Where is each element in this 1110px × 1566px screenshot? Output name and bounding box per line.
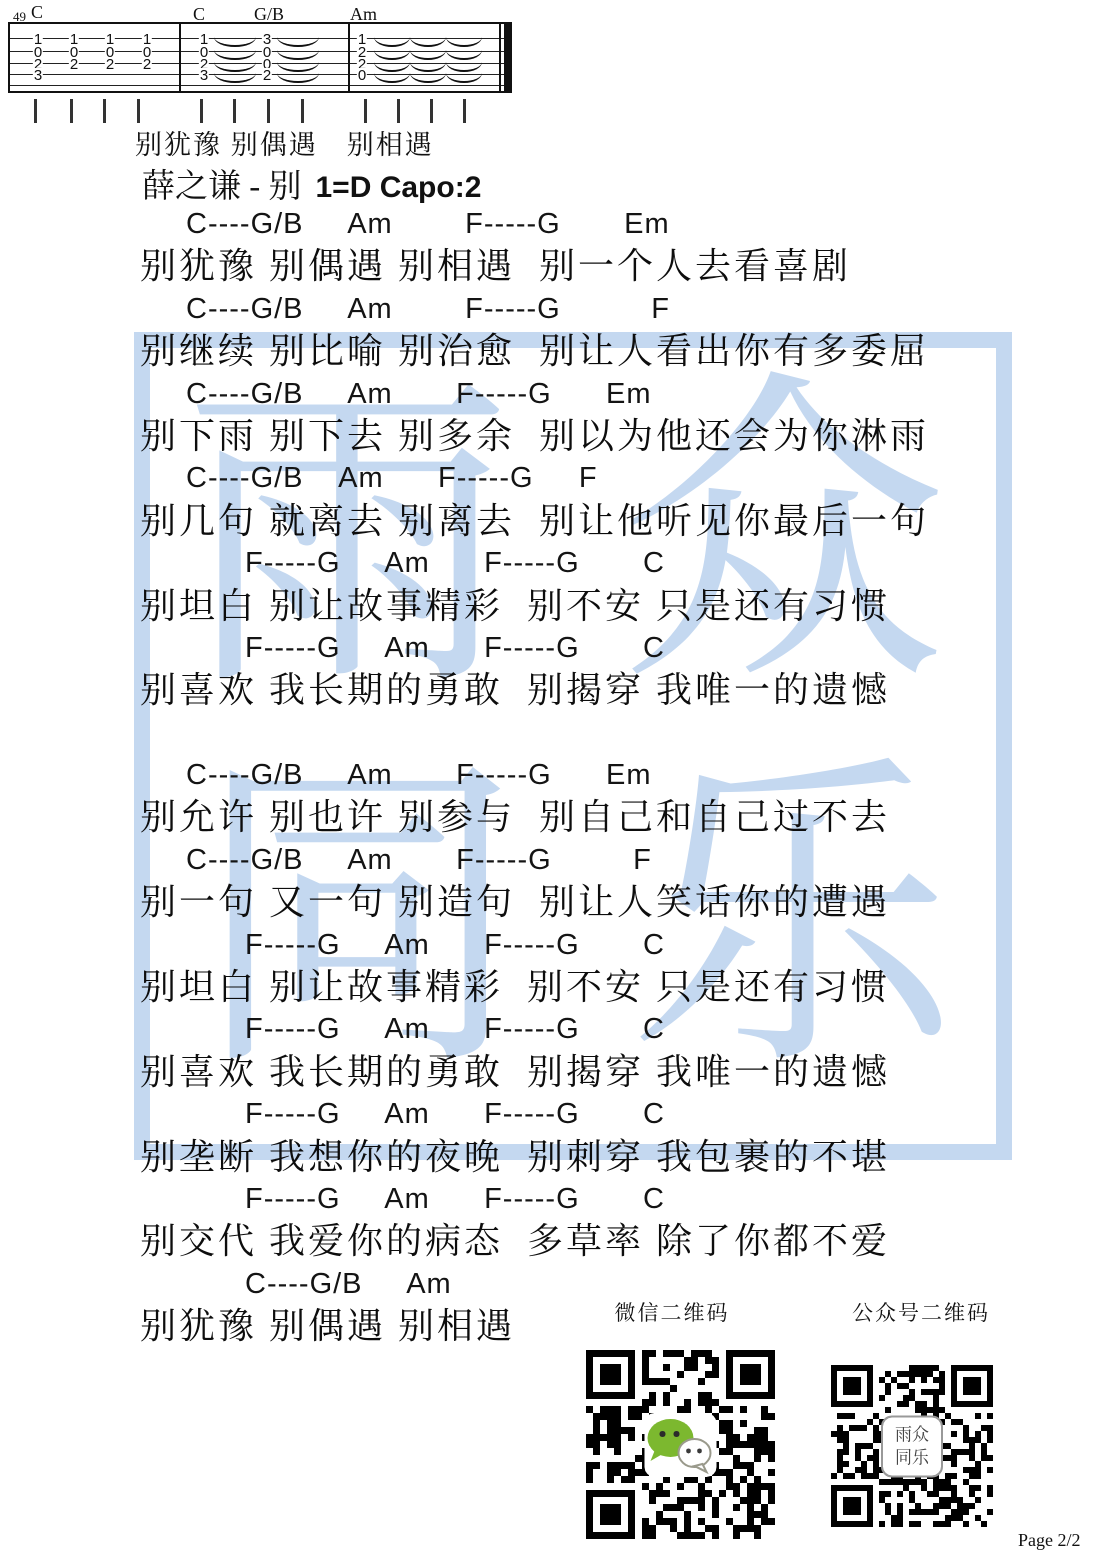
tie-arc xyxy=(446,37,482,47)
chord-line: F-----G Am F-----G C xyxy=(140,542,1100,584)
lyric-line: 别交代 我爱你的病态 多草率 除了你都不爱 xyxy=(140,1220,1100,1262)
tie-arc xyxy=(410,50,446,60)
beat-tick xyxy=(200,99,203,123)
song-title: 薛之谦 - 别1=D Capo:2 xyxy=(142,160,481,207)
chord-line: C----G/B Am F-----G F xyxy=(140,839,1100,881)
chord-line: C----G/B Am F-----G F xyxy=(140,288,1100,330)
official-account-qr-code xyxy=(820,1344,1004,1549)
tie-arc xyxy=(277,50,319,60)
tie-arc xyxy=(410,62,446,72)
tie-arc xyxy=(446,73,482,83)
lyric-line: 别几句 就离去 别离去 别让他听见你最后一句 xyxy=(140,500,1100,542)
fret-number: 3 xyxy=(33,68,43,83)
tie-arc xyxy=(410,37,446,47)
beat-tick xyxy=(397,99,400,123)
lyric-line: 别允许 别也许 别参与 别自己和自己过不去 xyxy=(140,796,1100,838)
beat-tick xyxy=(301,99,304,123)
tie-arc xyxy=(277,62,319,72)
beat-tick xyxy=(70,99,73,123)
final-barline xyxy=(504,24,511,91)
tie-arc xyxy=(446,62,482,72)
tie-arc xyxy=(277,73,319,83)
chord-line: F-----G Am F-----G C xyxy=(140,1178,1100,1220)
fret-number: 0 xyxy=(357,68,367,83)
beat-tick xyxy=(137,99,140,123)
chord-line: F-----G Am F-----G C xyxy=(140,1093,1100,1135)
barline xyxy=(179,24,181,91)
chord-line: F-----G Am F-----G C xyxy=(140,924,1100,966)
tab-lyric: 别犹豫 别偶遇 别相遇 xyxy=(135,123,434,162)
lyric-line: 别一句 又一句 别造句 别让人笑话你的遭遇 xyxy=(140,881,1100,923)
beat-tick xyxy=(233,99,236,123)
lyric-line: 别喜欢 我长期的勇敢 别揭穿 我唯一的遗憾 xyxy=(140,1051,1100,1093)
lyric-line: 别喜欢 我长期的勇敢 别揭穿 我唯一的遗憾 xyxy=(140,669,1100,711)
tie-arc xyxy=(214,37,256,47)
blank-line xyxy=(140,712,1100,754)
song-key-capo: 1=D Capo:2 xyxy=(316,171,482,204)
beat-tick xyxy=(34,99,37,123)
fret-number: 3 xyxy=(199,68,209,83)
beat-tick xyxy=(463,99,466,123)
official-account-qr-label: 公众号二维码 xyxy=(838,1297,1004,1327)
barline xyxy=(499,24,501,91)
lyric-line: 别犹豫 别偶遇 别相遇 别一个人去看喜剧 xyxy=(140,245,1100,287)
tie-arc xyxy=(374,37,410,47)
fret-number: 2 xyxy=(262,68,272,83)
wechat-qr-label: 微信二维码 xyxy=(592,1297,752,1327)
guitar-tab-staff: 1023102102102102330021220 xyxy=(8,22,512,93)
tie-arc xyxy=(374,73,410,83)
chord-line: C----G/B Am F-----G F xyxy=(140,457,1100,499)
tie-arc xyxy=(214,62,256,72)
tie-arc xyxy=(374,62,410,72)
fret-number: 2 xyxy=(105,57,115,72)
beat-tick xyxy=(103,99,106,123)
beat-tick xyxy=(364,99,367,123)
wechat-qr-code xyxy=(578,1340,783,1550)
page-number: Page 2/2 xyxy=(1018,1530,1081,1551)
chord-line: C----G/B Am F-----G Em xyxy=(140,373,1100,415)
chord-line: F-----G Am F-----G C xyxy=(140,1008,1100,1050)
lyric-line: 别垄断 我想你的夜晚 别刺穿 我包裹的不堪 xyxy=(140,1136,1100,1178)
chord-line: F-----G Am F-----G C xyxy=(140,627,1100,669)
staff-line xyxy=(10,85,510,86)
song-title-text: 薛之谦 - 别 xyxy=(142,169,302,205)
tie-arc xyxy=(214,50,256,60)
song-body: C----G/B Am F-----G Em别犹豫 别偶遇 别相遇 别一个人去看… xyxy=(140,203,1100,1348)
fret-number: 2 xyxy=(142,57,152,72)
tie-arc xyxy=(277,37,319,47)
chord-line: C----G/B Am F-----G Em xyxy=(140,203,1100,245)
beat-tick xyxy=(430,99,433,123)
barline xyxy=(348,24,350,91)
tie-arc xyxy=(374,50,410,60)
tie-arc xyxy=(446,50,482,60)
chord-sheet-page: 雨 众 同 乐 49 C C G/B Am 102310210210210233… xyxy=(0,0,1110,1566)
tie-arc xyxy=(214,73,256,83)
lyric-line: 别继续 别比喻 别治愈 别让人看出你有多委屈 xyxy=(140,330,1100,372)
tie-arc xyxy=(410,73,446,83)
chord-line: C----G/B Am F-----G Em xyxy=(140,754,1100,796)
lyric-line: 别坦白 别让故事精彩 别不安 只是还有习惯 xyxy=(140,585,1100,627)
tab-chord-label: C xyxy=(31,2,43,23)
lyric-line: 别坦白 别让故事精彩 别不安 只是还有习惯 xyxy=(140,966,1100,1008)
lyric-line: 别下雨 别下去 别多余 别以为他还会为你淋雨 xyxy=(140,415,1100,457)
fret-number: 2 xyxy=(69,57,79,72)
beat-tick xyxy=(267,99,270,123)
